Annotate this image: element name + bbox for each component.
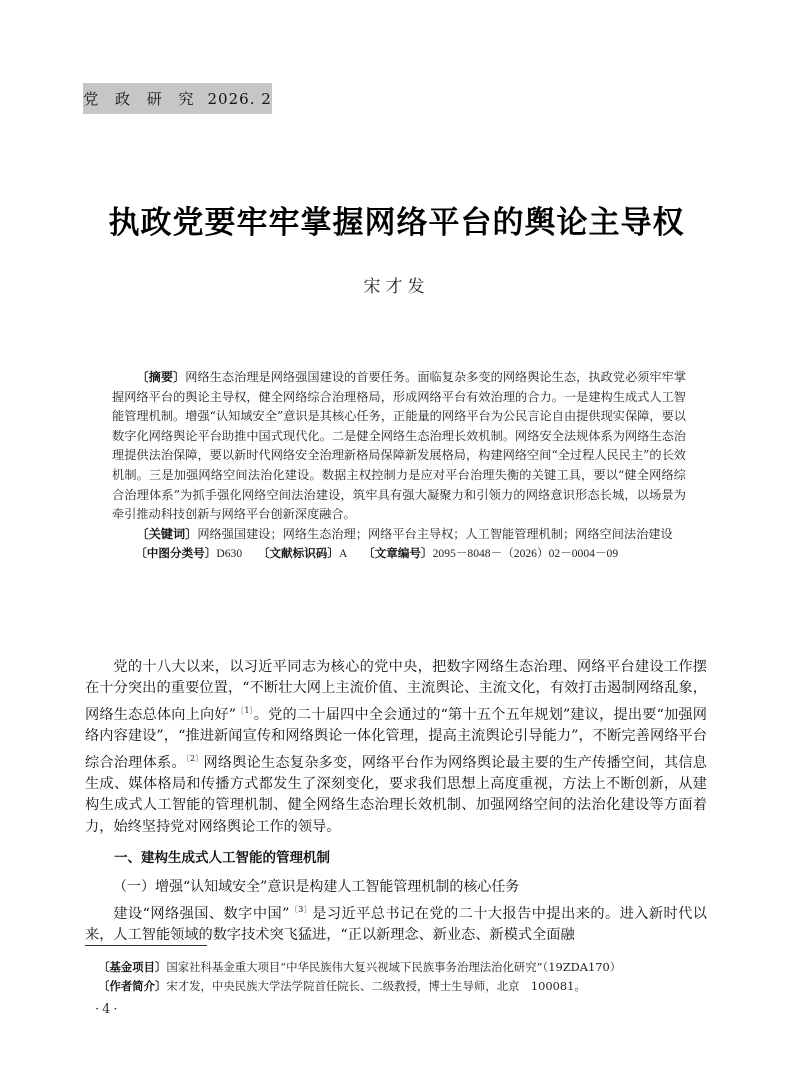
abstract: 〔摘要〕网络生态治理是网络强国建设的首要任务。面临复杂多变的网络舆论生态，执政党…	[112, 368, 686, 525]
clc-value: D630	[216, 547, 242, 560]
article-author: 宋才发	[0, 272, 793, 297]
citation-ref-2[interactable]: 〔2〕	[186, 754, 204, 763]
fund-label: 〔基金项目〕	[98, 960, 166, 974]
clc-label: 〔中图分类号〕	[135, 546, 216, 560]
classification-line: 〔中图分类号〕D630 〔文献标识码〕A 〔文章编号〕2095－8048－（20…	[112, 544, 686, 564]
footnote-author: 〔作者简介〕宋才发，中央民族大学法学院首任院长、二级教授，博士生导师，北京 10…	[85, 977, 725, 996]
para2-text-1: 建设“网络强国、数字中国”	[113, 906, 289, 922]
footnote-fund: 〔基金项目〕国家社科基金重大项目“中华民族伟大复兴视域下民族事务治理法治化研究”…	[85, 958, 725, 977]
intro-paragraph-block: 党的十八大以来，以习近平同志为核心的党中央，把数字网络生态治理、网络平台建设工作…	[85, 657, 707, 838]
journal-issue: 2026. 2	[208, 90, 272, 108]
section1-paragraph-block: 建设“网络强国、数字中国”〔3〕是习近平总书记在党的二十大报告中提出来的。进入新…	[85, 899, 707, 947]
article-no-value: 2095－8048－（2026）02－0004－09	[433, 547, 619, 560]
footnote-divider	[85, 945, 207, 946]
author-bio-text: 宋才发，中央民族大学法学院首任院长、二级教授，博士生导师，北京 100081。	[166, 979, 585, 993]
article-title: 执政党要牢牢掌握网络平台的舆论主导权	[0, 197, 793, 242]
keywords: 〔关键词〕网络强国建设；网络生态治理；网络平台主导权；人工智能管理机制；网络空间…	[112, 525, 686, 545]
abstract-text: 网络生态治理是网络强国建设的首要任务。面临复杂多变的网络舆论生态，执政党必须牢牢…	[112, 370, 686, 521]
journal-name: 党 政 研 究	[83, 88, 199, 109]
keywords-label: 〔关键词〕	[136, 527, 197, 541]
subsection-heading-1: （一）增强“认知域安全”意识是构建人工智能管理机制的核心任务	[85, 877, 707, 898]
abstract-label: 〔摘要〕	[136, 370, 185, 384]
doc-code-value: A	[339, 547, 347, 560]
journal-header-tag: 党 政 研 究 2026. 2	[83, 83, 272, 114]
abstract-block: 〔摘要〕网络生态治理是网络强国建设的首要任务。面临复杂多变的网络舆论生态，执政党…	[112, 368, 686, 564]
fund-text: 国家社科基金重大项目“中华民族伟大复兴视域下民族事务治理法治化研究”（19ZDA…	[166, 960, 621, 974]
author-bio-label: 〔作者简介〕	[98, 979, 166, 993]
intro-paragraph: 党的十八大以来，以习近平同志为核心的党中央，把数字网络生态治理、网络平台建设工作…	[85, 657, 707, 838]
footnotes: 〔基金项目〕国家社科基金重大项目“中华民族伟大复兴视域下民族事务治理法治化研究”…	[85, 958, 725, 996]
keywords-text: 网络强国建设；网络生态治理；网络平台主导权；人工智能管理机制；网络空间法治建设	[197, 527, 672, 541]
article-no-label: 〔文章编号〕	[363, 546, 433, 560]
citation-ref-3[interactable]: 〔3〕	[289, 905, 312, 914]
page-number: ·4·	[95, 1002, 121, 1017]
citation-ref-1[interactable]: 〔1〕	[236, 706, 254, 715]
section1-paragraph: 建设“网络强国、数字中国”〔3〕是习近平总书记在党的二十大报告中提出来的。进入新…	[85, 899, 707, 947]
section-heading-1: 一、建构生成式人工智能的管理机制	[114, 846, 330, 866]
doc-code-label: 〔文献标识码〕	[258, 546, 339, 560]
